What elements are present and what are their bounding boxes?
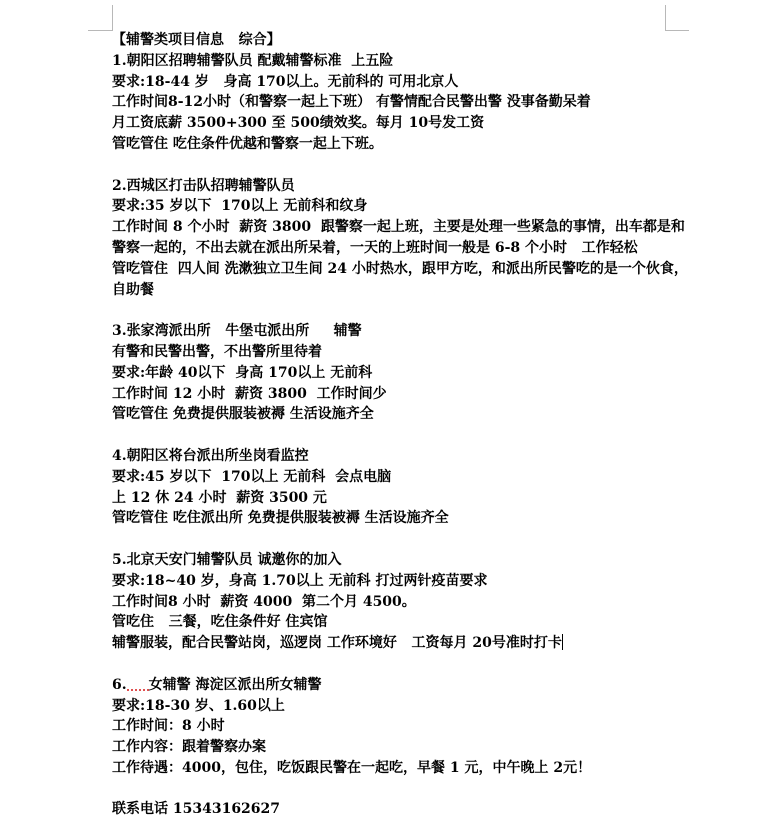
section-line: 工作时间8 小时 薪资 4000 第二个月 4500。 <box>112 592 692 613</box>
heading-text: 女辅警 海淀区派出所女辅警 <box>149 677 322 693</box>
section-line: 有警和民警出警，不出警所里待着 <box>112 342 692 363</box>
section-line: 管吃住 三餐，吃住条件好 住宾馆 <box>112 612 692 633</box>
section-line: 自助餐 <box>112 280 692 301</box>
section-line: 要求:18~40 岁，身高 1.70以上 无前科 打过两针疫苗要求 <box>112 571 692 592</box>
section-4: 4.朝阳区将台派出所坐岗看监控 要求:45 岁以下 170以上 无前科 会点电脑… <box>112 446 692 529</box>
section-line: 管吃管住 免费提供服装被褥 生活设施齐全 <box>112 404 692 425</box>
section-line-text: 辅警服装，配合民警站岗，巡逻岗 工作环境好 工资每月 20号准时打卡 <box>112 635 562 651</box>
section-line: 管吃管住 四人间 洗漱独立卫生间 24 小时热水，跟甲方吃，和派出所民警吃的是一… <box>112 259 692 280</box>
section-line: 要求:年龄 40以下 身高 170以上 无前科 <box>112 363 692 384</box>
section-line: 工作待遇：4000，包住，吃饭跟民警在一起吃，早餐 1 元，中午晚上 2元！ <box>112 758 692 779</box>
blank-line <box>112 155 692 176</box>
section-line: 管吃管住 吃住条件优越和警察一起上下班。 <box>112 134 692 155</box>
section-heading: 1.朝阳区招聘辅警队员 配戴辅警标准 上五险 <box>112 51 692 72</box>
contact-phone: 联系电话 15343162627 <box>112 799 692 820</box>
section-heading: 4.朝阳区将台派出所坐岗看监控 <box>112 446 692 467</box>
text-caret <box>562 634 563 650</box>
section-line: 警察一起的，不出去就在派出所呆着，一天的上班时间一般是 6-8 个小时 工作轻松 <box>112 238 692 259</box>
section-6: 6.女辅警 海淀区派出所女辅警 要求:18-30 岁、1.60以上 工作时间：8… <box>112 675 692 779</box>
section-line: 工作时间8-12小时（和警察一起上下班） 有警情配合民警出警 没事备勤呆着 <box>112 92 692 113</box>
section-5: 5.北京天安门辅警队员 诚邀你的加入 要求:18~40 岁，身高 1.70以上 … <box>112 550 692 654</box>
document-page[interactable]: 【辅警类项目信息 综合】 1.朝阳区招聘辅警队员 配戴辅警标准 上五险 要求:1… <box>112 30 692 820</box>
section-line: 工作时间 8 个小时 薪资 3800 跟警察一起上班，主要是处理一些紧急的事情，… <box>112 217 692 238</box>
section-line: 要求:35 岁以下 170以上 无前科和纹身 <box>112 196 692 217</box>
spellcheck-squiggle <box>127 675 149 691</box>
blank-line <box>112 779 692 800</box>
section-heading: 3.张家湾派出所 牛堡屯派出所 辅警 <box>112 321 692 342</box>
blank-line <box>112 300 692 321</box>
section-heading: 6.女辅警 海淀区派出所女辅警 <box>112 675 692 696</box>
section-line: 要求:45 岁以下 170以上 无前科 会点电脑 <box>112 467 692 488</box>
section-heading: 2.西城区打击队招聘辅警队员 <box>112 176 692 197</box>
section-heading: 5.北京天安门辅警队员 诚邀你的加入 <box>112 550 692 571</box>
section-3: 3.张家湾派出所 牛堡屯派出所 辅警 有警和民警出警，不出警所里待着 要求:年龄… <box>112 321 692 425</box>
section-2: 2.西城区打击队招聘辅警队员 要求:35 岁以下 170以上 无前科和纹身 工作… <box>112 176 692 301</box>
document-title: 【辅警类项目信息 综合】 <box>112 30 692 51</box>
section-line: 工作内容：跟着警察办案 <box>112 737 692 758</box>
section-line: 上 12 休 24 小时 薪资 3500 元 <box>112 488 692 509</box>
section-line: 要求:18-30 岁、1.60以上 <box>112 696 692 717</box>
page-corner-mark-top-left <box>88 5 113 31</box>
section-line: 要求:18-44 岁 身高 170以上。无前科的 可用北京人 <box>112 72 692 93</box>
section-line: 工作时间：8 小时 <box>112 716 692 737</box>
blank-line <box>112 529 692 550</box>
section-line: 工作时间 12 小时 薪资 3800 工作时间少 <box>112 384 692 405</box>
section-line: 月工资底薪 3500+300 至 500绩效奖。每月 10号发工资 <box>112 113 692 134</box>
section-line-with-caret: 辅警服装，配合民警站岗，巡逻岗 工作环境好 工资每月 20号准时打卡 <box>112 633 692 654</box>
section-line: 管吃管住 吃住派出所 免费提供服装被褥 生活设施齐全 <box>112 508 692 529</box>
page-corner-mark-top-right <box>665 5 689 31</box>
blank-line <box>112 425 692 446</box>
blank-line <box>112 654 692 675</box>
heading-number: 6. <box>112 677 127 693</box>
section-1: 1.朝阳区招聘辅警队员 配戴辅警标准 上五险 要求:18-44 岁 身高 170… <box>112 51 692 155</box>
